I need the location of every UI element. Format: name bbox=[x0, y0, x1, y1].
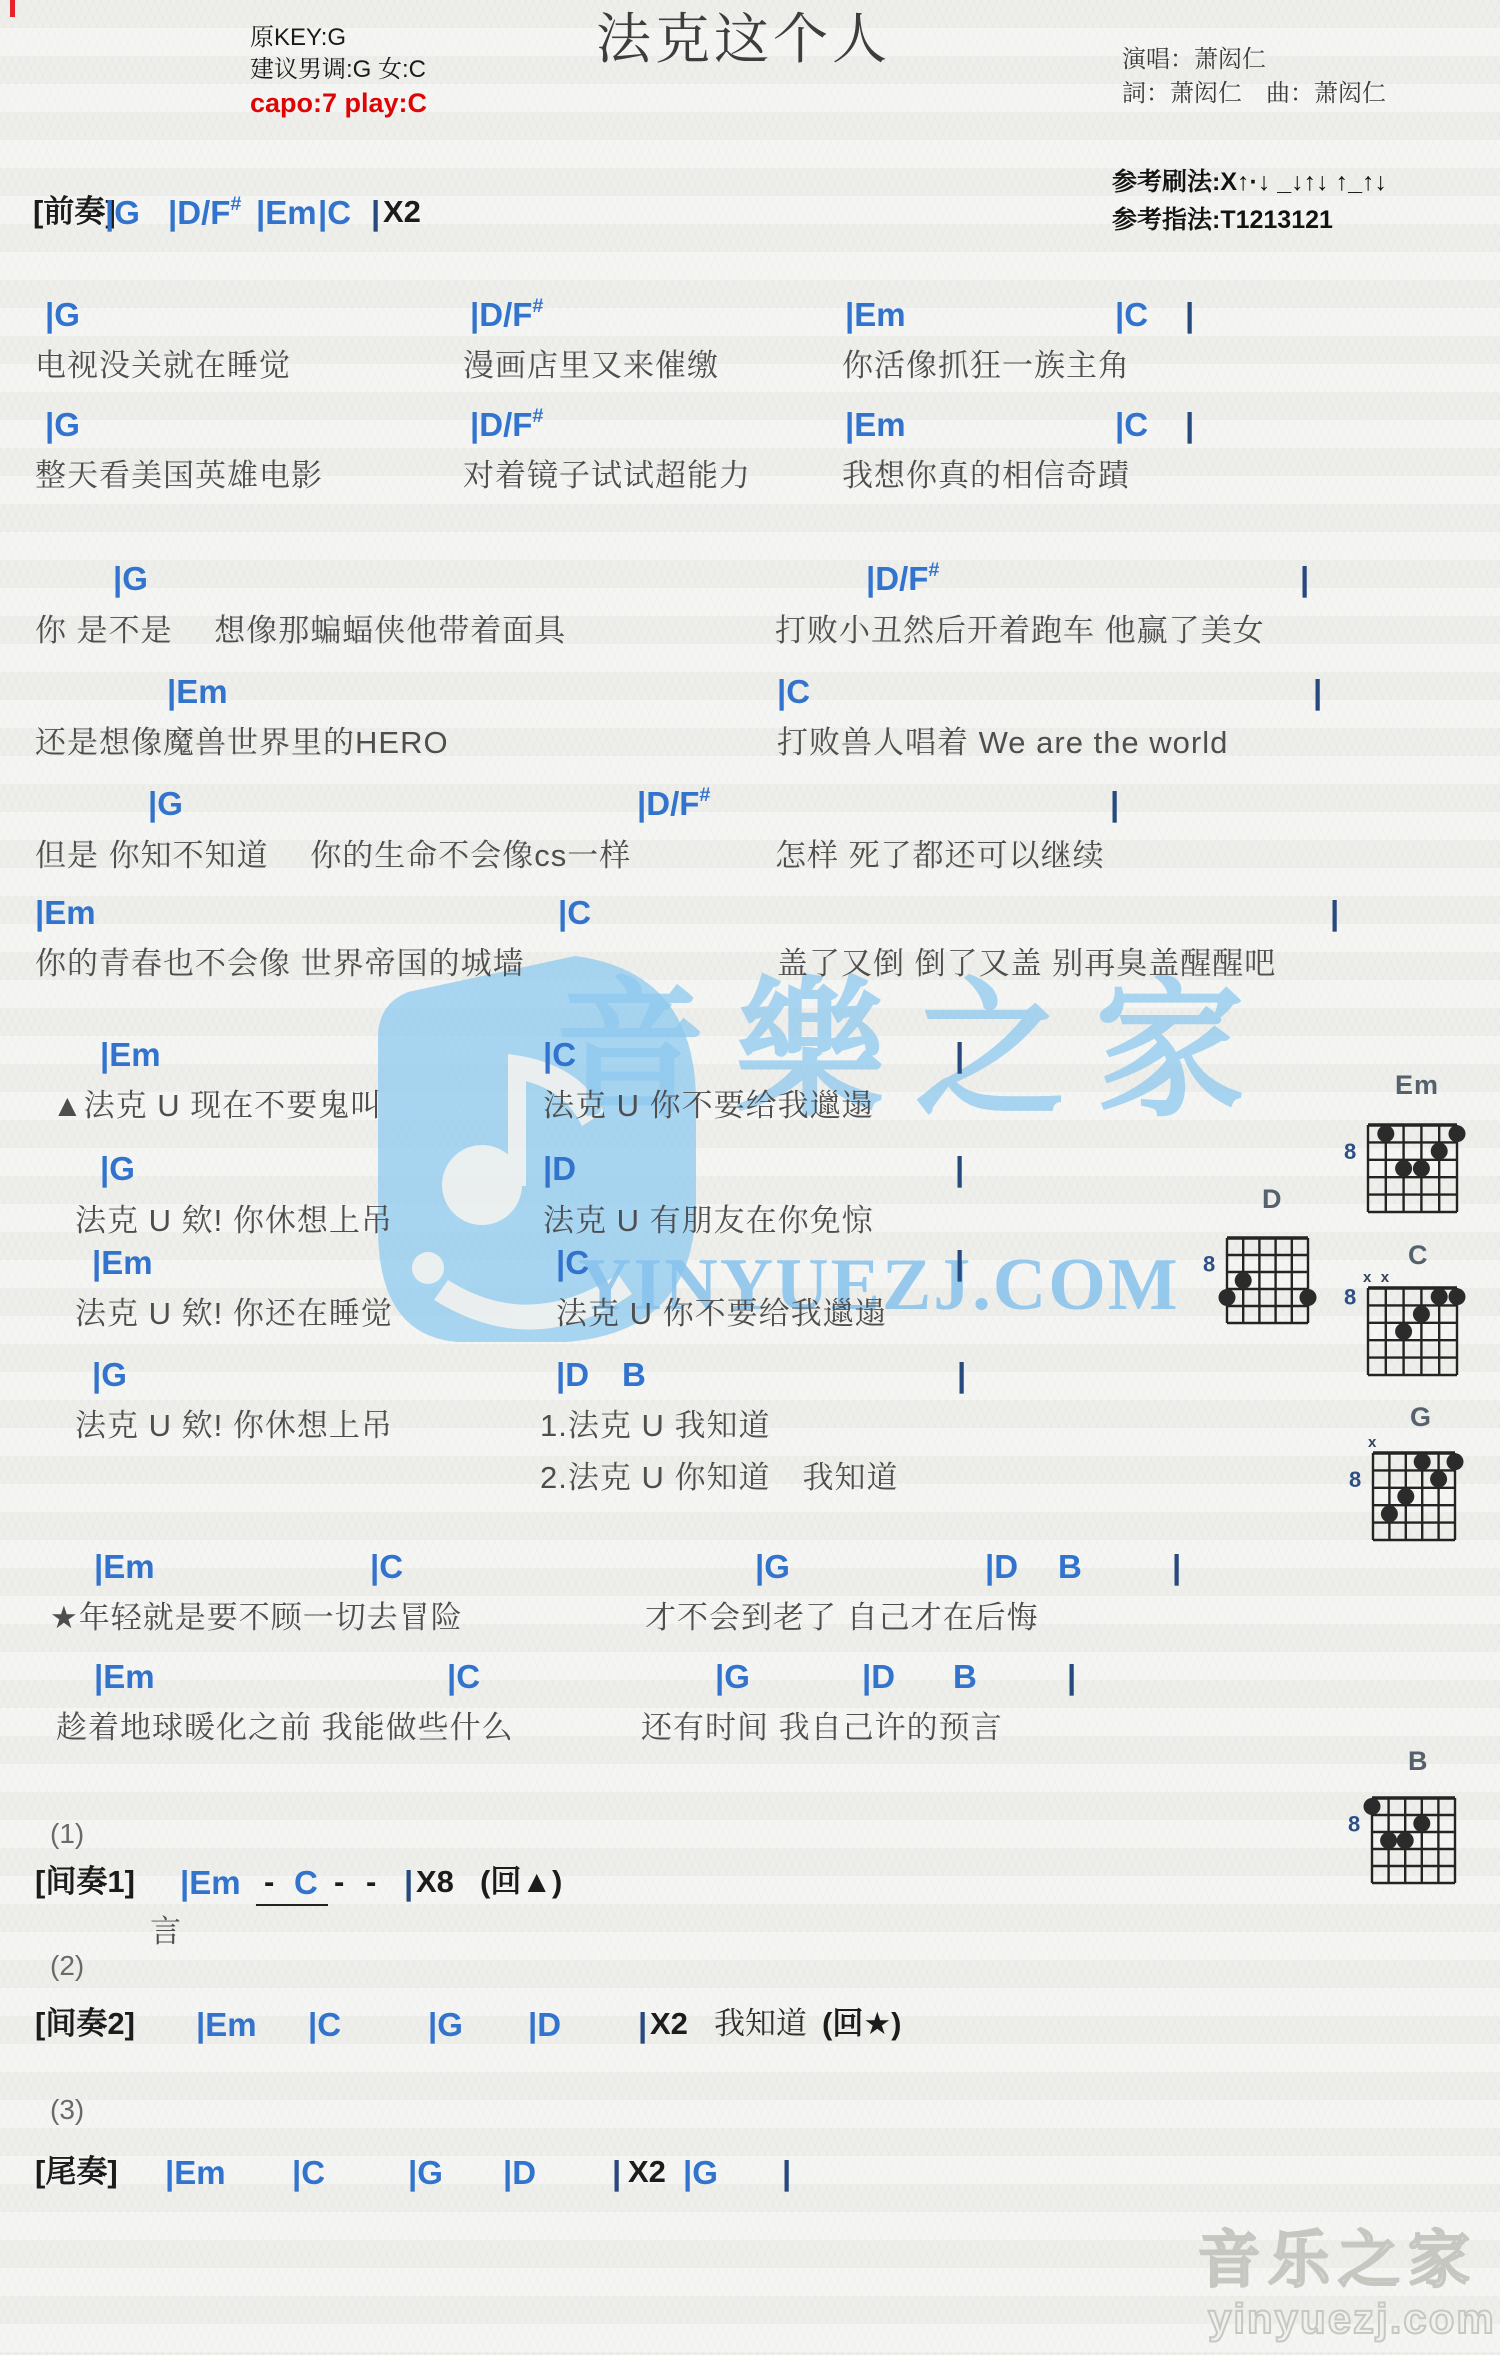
finger-dot bbox=[1364, 1798, 1381, 1815]
finger-dot bbox=[1431, 1288, 1448, 1305]
finger-dot bbox=[1413, 1815, 1430, 1832]
muted-string-mark: x bbox=[1363, 1269, 1372, 1286]
fret-position-number: 8 bbox=[1344, 1285, 1356, 1310]
finger-dot bbox=[1377, 1125, 1394, 1142]
chord-diagram-D: 8 bbox=[1197, 1218, 1320, 1335]
fret-position-number: 8 bbox=[1203, 1252, 1215, 1277]
finger-dot bbox=[1397, 1488, 1414, 1505]
red-tick-mark bbox=[10, 0, 15, 17]
chord-diagram-label-G: G bbox=[1410, 1404, 1432, 1431]
chord-diagram-label-D: D bbox=[1262, 1186, 1283, 1213]
chord-diagram-label-C: C bbox=[1408, 1242, 1429, 1269]
finger-dot bbox=[1430, 1471, 1447, 1488]
fret-position-number: 8 bbox=[1348, 1812, 1360, 1837]
finger-dot bbox=[1413, 1306, 1430, 1323]
chord-sheet-page: 音樂之家 YINYUEZJ.COM 音乐之家 yinyuezj.com 法克这个… bbox=[0, 0, 1500, 2355]
chord-diagram-G: x8 bbox=[1343, 1433, 1467, 1552]
finger-dot bbox=[1380, 1832, 1397, 1849]
chord-diagrams: Em8D8Cxx8Gx8B8 bbox=[0, 0, 1500, 2355]
finger-dot bbox=[1397, 1832, 1414, 1849]
finger-dot bbox=[1413, 1160, 1430, 1177]
finger-dot bbox=[1219, 1289, 1236, 1306]
finger-dot bbox=[1431, 1143, 1448, 1160]
chord-diagram-label-Em: Em bbox=[1395, 1072, 1439, 1099]
chord-diagram-Em: 8 bbox=[1338, 1105, 1469, 1224]
chord-diagram-B: 8 bbox=[1342, 1778, 1467, 1895]
finger-dot bbox=[1395, 1323, 1412, 1340]
finger-dot bbox=[1235, 1272, 1252, 1289]
finger-dot bbox=[1447, 1453, 1464, 1470]
finger-dot bbox=[1449, 1288, 1466, 1305]
finger-dot bbox=[1381, 1505, 1398, 1522]
muted-string-mark: x bbox=[1368, 1434, 1377, 1451]
fret-position-number: 8 bbox=[1344, 1139, 1356, 1164]
chord-diagram-label-B: B bbox=[1408, 1748, 1429, 1775]
finger-dot bbox=[1449, 1125, 1466, 1142]
fret-position-number: 8 bbox=[1349, 1467, 1361, 1492]
muted-string-mark: x bbox=[1381, 1269, 1390, 1286]
finger-dot bbox=[1414, 1453, 1431, 1470]
finger-dot bbox=[1395, 1160, 1412, 1177]
finger-dot bbox=[1300, 1289, 1317, 1306]
chord-diagram-C: xx8 bbox=[1338, 1268, 1469, 1387]
